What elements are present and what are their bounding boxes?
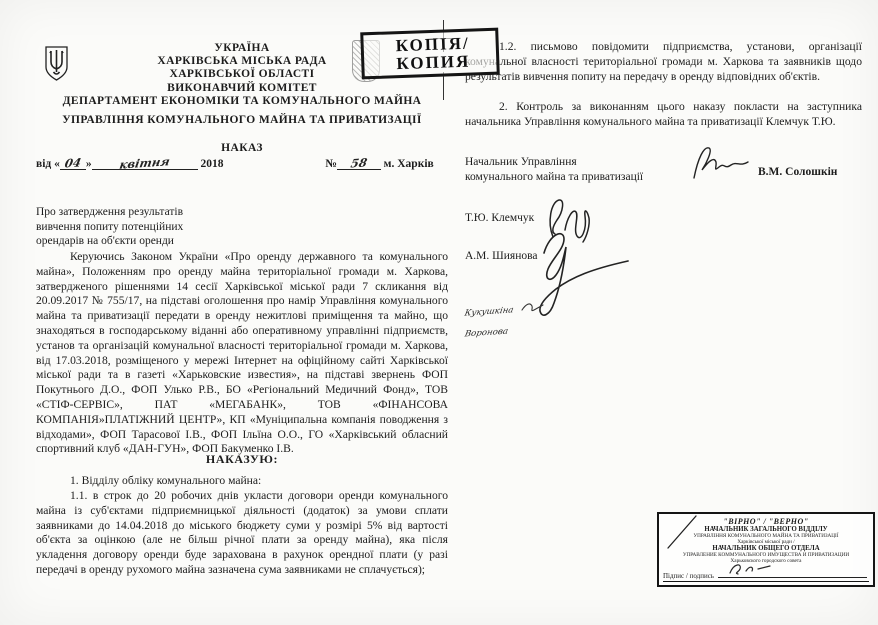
cert-stamp-signature-icon xyxy=(726,561,772,577)
copy-stamp: КОПІЯ/ КОПИЯ xyxy=(360,28,500,80)
item-1-1-paragraph: 1.1. в строк до 20 робочих днів укласти … xyxy=(36,489,448,578)
doc-city: м. Харків xyxy=(384,158,434,170)
subject-line: вивчення попиту потенційних xyxy=(36,220,276,235)
head-signer-name: В.М. Солошкін xyxy=(758,166,837,178)
handnote-kukushkina: Кукушкіна xyxy=(464,305,515,318)
head-signer-title-line: Начальник Управління xyxy=(465,155,695,170)
item-1-title: 1. Відділу обліку комунального майна: xyxy=(36,474,448,487)
document-scan: УКРАЇНА ХАРКІВСЬКА МІСЬКА РАДА ХАРКІВСЬК… xyxy=(0,0,878,625)
cert-stamp-sign-label: Підпис / подпись xyxy=(663,572,714,580)
subject-block: Про затвердження результатів вивчення по… xyxy=(36,205,276,249)
preamble-paragraph: Керуючись Законом України «Про оренду де… xyxy=(36,250,448,457)
org-directorate: УПРАВЛІННЯ КОМУНАЛЬНОГО МАЙНА ТА ПРИВАТИ… xyxy=(36,114,448,127)
dateline: від «04»квітня 2018 №58 м. Харків xyxy=(36,158,448,170)
copy-stamp-line: КОПИЯ xyxy=(374,52,493,74)
kukushkina-mark-icon xyxy=(520,300,546,316)
org-department: ДЕПАРТАМЕНТ ЕКОНОМІКИ ТА КОМУНАЛЬНОГО МА… xyxy=(36,95,448,108)
org-committee: ВИКОНАВЧИЙ КОМІТЕТ xyxy=(36,82,448,95)
date-prefix: від « xyxy=(36,158,60,170)
head-signer-title-line: комунального майна та приватизації xyxy=(465,170,695,185)
stamp-slash-mark xyxy=(662,514,702,550)
cert-stamp-sign-line xyxy=(718,567,867,578)
head-signature-icon xyxy=(688,140,758,185)
handnote-voronova: Воронова xyxy=(464,327,509,340)
item-2-paragraph: 2. Контроль за виконанням цього наказу п… xyxy=(465,100,862,130)
head-signer-title: Начальник Управління комунального майна … xyxy=(465,155,695,185)
subject-line: орендарів на об'єкти оренди xyxy=(36,234,276,249)
subject-line: Про затвердження результатів xyxy=(36,205,276,220)
doc-number-handwritten: 58 xyxy=(350,157,368,168)
date-day-handwritten: 04 xyxy=(64,157,82,168)
doc-type-title: НАКАЗ xyxy=(36,142,448,155)
date-month-handwritten: квітня xyxy=(119,156,171,169)
signer-name-klemchuk: Т.Ю. Клемчук xyxy=(465,212,534,224)
doc-number-label: № xyxy=(325,158,337,170)
signer-name-shyianova: А.М. Шиянова xyxy=(465,250,538,262)
order-heading: НАКАЗУЮ: xyxy=(36,452,448,467)
item-1-2-paragraph: 1.2. письмово повідомити підприємства, у… xyxy=(465,40,862,84)
date-year: 2018 xyxy=(200,158,223,170)
